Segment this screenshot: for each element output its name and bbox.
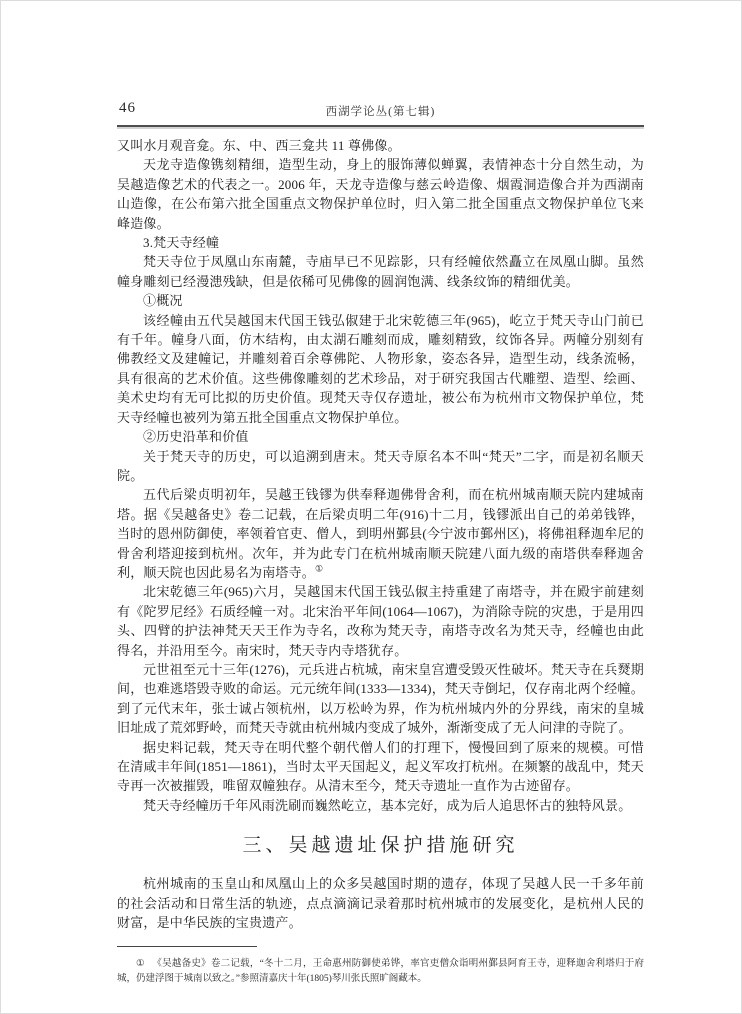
subheading: ②历史沿革和价值 bbox=[117, 427, 644, 446]
footnote-area: ①《吴越备史》卷二记载，“冬十二月，王命惠州防御使弟铧，率官吏僧众诣明州鄞县阿育… bbox=[117, 946, 644, 986]
paragraph: 五代后梁贞明初年，吴越王钱镠为供奉释迦佛骨舍利，而在杭州城南顺天院内建城南塔。据… bbox=[117, 485, 644, 582]
paragraph: 关于梵天寺的历史，可以追溯到唐末。梵天寺原名本不叫“梵天”二字，而是初名顺天院。 bbox=[117, 447, 644, 486]
paragraph: 北宋乾德三年(965)六月，吴越国末代国王钱弘俶主持重建了南塔寺，并在殿宇前建刻… bbox=[117, 582, 644, 660]
footnote: ①《吴越备史》卷二记载，“冬十二月，王命惠州防御使弟铧，率官吏僧众诣明州鄞县阿育… bbox=[117, 957, 644, 986]
footnote-text: 《吴越备史》卷二记载，“冬十二月，王命惠州防御使弟铧，率官吏僧众诣明州鄞县阿育王… bbox=[117, 959, 644, 984]
running-header: 46 西湖学论丛(第七辑) bbox=[117, 98, 644, 127]
footnote-marker: ① bbox=[136, 959, 145, 969]
paragraph: 杭州城南的玉皇山和凤凰山上的众多吴越国时期的遗存，体现了吴越人民一千多年前的社会… bbox=[117, 874, 644, 932]
footnote-ref: ① bbox=[315, 564, 323, 574]
subheading: 3.梵天寺经幢 bbox=[117, 233, 644, 252]
paragraph: 又叫水月观音龛。东、中、西三龛共 11 尊佛像。 bbox=[117, 136, 644, 155]
footnote-divider bbox=[117, 946, 257, 947]
paragraph: 天龙寺造像镌刻精细，造型生动，身上的服饰薄似蝉翼，表情神态十分自然生动，为吴越造… bbox=[117, 155, 644, 233]
section-heading: 三、吴越遗址保护措施研究 bbox=[117, 830, 644, 857]
running-title: 西湖学论丛(第七辑) bbox=[117, 103, 644, 119]
body-text: 又叫水月观音龛。东、中、西三龛共 11 尊佛像。天龙寺造像镌刻精细，造型生动，身… bbox=[117, 136, 644, 932]
paragraph: 据史料记载，梵天寺在明代整个朝代僧人们的打理下，慢慢回到了原来的规模。可惜在清咸… bbox=[117, 738, 644, 796]
page-content: 46 西湖学论丛(第七辑) 又叫水月观音龛。东、中、西三龛共 11 尊佛像。天龙… bbox=[117, 98, 644, 986]
paragraph: 元世祖至元十三年(1276)，元兵进占杭城，南宋皇宫遭受毁灭性破坏。梵天寺在兵燹… bbox=[117, 660, 644, 738]
paragraph: 该经幢由五代吴越国末代国王钱弘俶建于北宋乾德三年(965)，屹立于梵天寺山门前已… bbox=[117, 311, 644, 427]
subheading: ①概况 bbox=[117, 291, 644, 310]
paragraph: 梵天寺位于凤凰山东南麓，寺庙早已不见踪影，只有经幢依然矗立在凤凰山脚。虽然幢身雕… bbox=[117, 252, 644, 291]
paragraph: 梵天寺经幢历千年风雨洗刷而巍然屹立，基本完好，成为后人追思怀古的独特风景。 bbox=[117, 796, 644, 815]
scanned-book-page: 46 西湖学论丛(第七辑) 又叫水月观音龛。东、中、西三龛共 11 尊佛像。天龙… bbox=[0, 0, 742, 1014]
